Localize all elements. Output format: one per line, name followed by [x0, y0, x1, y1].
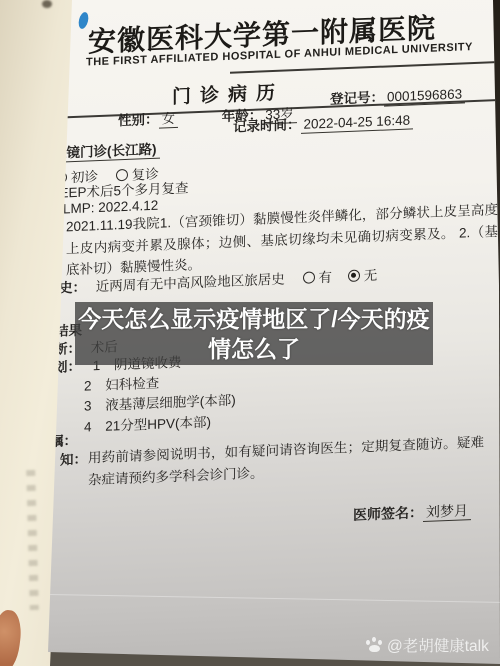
caption-line-2: 情怎么了 [208, 334, 300, 364]
gender-label: 性别： [118, 112, 159, 129]
notice-row: 知： 用药前请参阅说明书，如有疑问请咨询医生；定期复查随访。疑难杂症请预约多学科… [60, 432, 484, 492]
header-rule-partial [230, 61, 500, 73]
photo-frame: 安徽医科大学第一附属医院 THE FIRST AFFILIATED HOSPIT… [0, 0, 500, 666]
epi-yes-label: 有 [319, 270, 333, 286]
epi-no-label: 无 [364, 268, 378, 284]
caption-line-1: 今天怎么显示疫情地区了/今天的疫 [78, 304, 429, 334]
dark-speck [42, 0, 52, 8]
plan-item-text: 21分型HPV(本部) [105, 415, 211, 434]
complaint-row: LEEP术后5个多月复查 [52, 176, 189, 201]
watermark-handle: @老胡健康talk [387, 634, 489, 656]
record-time-value: 2022-04-25 16:48 [301, 112, 414, 134]
radio-epi-no [348, 270, 360, 282]
plan-item-no: 3 [84, 398, 92, 413]
caption-overlay: 今天怎么显示疫情地区了/今天的疫 情怎么了 [75, 302, 433, 365]
radio-epi-yes [303, 271, 315, 283]
signature-row: 医师签名：刘梦月 [353, 500, 471, 525]
epi-label: 史： [59, 280, 86, 296]
gender-value: 女 [159, 111, 179, 129]
doctor-name: 刘梦月 [423, 502, 471, 522]
plan-item-no: 2 [84, 378, 92, 393]
watermark: @老胡健康talk [366, 634, 489, 656]
plan-item-text: 妇科检查 [105, 376, 159, 393]
plan-item-no: 4 [84, 419, 92, 434]
signature-label: 医师签名： [353, 504, 423, 523]
record-time-label: 记录时间： [233, 117, 301, 135]
notice-label: 知： [60, 448, 87, 469]
epi-question: 近两周有无中高风险地区旅居史 [96, 272, 285, 295]
plan-item-text: 液基薄层细胞学(本部) [105, 393, 236, 413]
notice-text: 用药前请参阅说明书，如有疑问请咨询医生；定期复查随访。疑难杂症请预约多学科会诊门… [88, 432, 484, 491]
paw-icon [366, 637, 383, 653]
